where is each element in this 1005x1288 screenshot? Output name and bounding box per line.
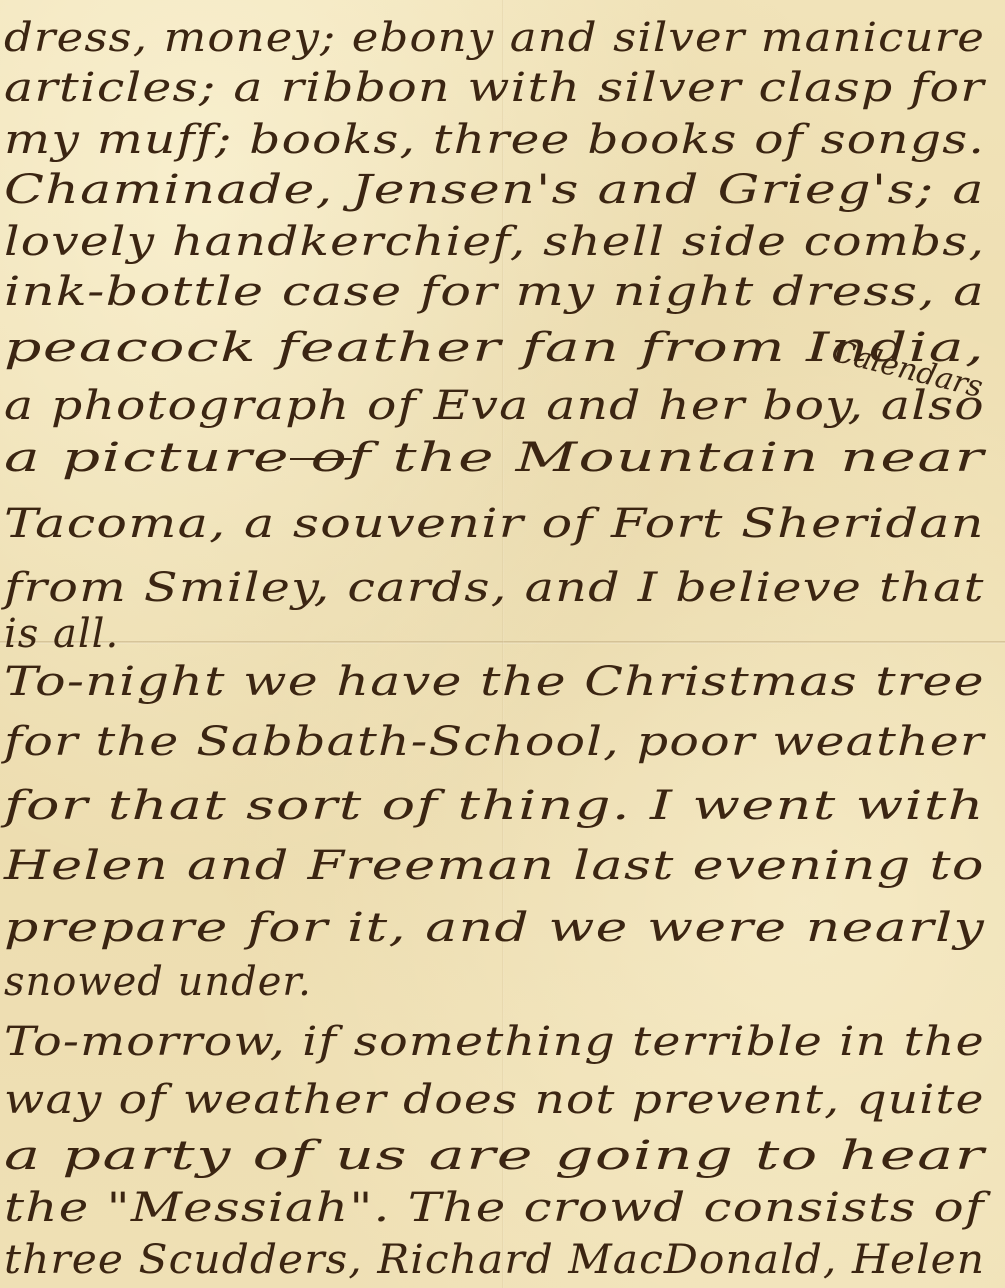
letter-line: a photograph of Eva and her boy, also xyxy=(4,376,1005,436)
letter-line: articles; a ribbon with silver clasp for xyxy=(4,58,1005,118)
letter-line: prepare for it, and we were nearly xyxy=(4,898,1005,958)
letter-line: the "Messiah". The crowd consists of xyxy=(4,1178,1005,1238)
letter-line: snowed under. xyxy=(4,952,1005,1012)
letter-line: To-night we have the Christmas tree xyxy=(4,652,1005,712)
letter-line: for the Sabbath-School, poor weather xyxy=(4,712,1005,772)
letter-line: for that sort of thing. I went with xyxy=(4,776,1005,836)
letter-line: a picture of the Mountain near xyxy=(4,428,1005,488)
letter-line: To-morrow, if something terrible in the xyxy=(4,1012,1005,1072)
letter-line: Helen and Freeman last evening to xyxy=(4,836,1005,896)
letter-line: way of weather does not prevent, quite xyxy=(4,1070,1005,1130)
letter-line: three Scudders, Richard MacDonald, Helen xyxy=(4,1230,1005,1288)
letter-line: a party of us are going to hear xyxy=(4,1126,1005,1186)
letter-line: Tacoma, a souvenir of Fort Sheridan xyxy=(4,494,1005,554)
letter-line: Chaminade, Jensen's and Grieg's; a xyxy=(4,160,1005,220)
letter-page: dress, money; ebony and silver manicure … xyxy=(0,0,1005,1288)
letter-line: ink-bottle case for my night dress, a xyxy=(4,262,1005,322)
